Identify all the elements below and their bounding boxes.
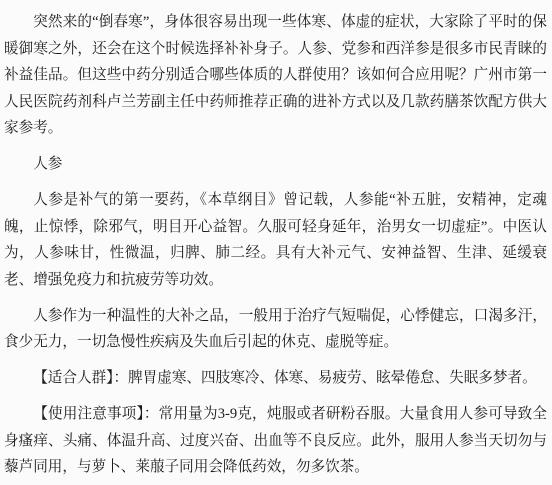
- intro-paragraph: 突然来的“倒春寒”，身体很容易出现一些体寒、体虚的症状，大家除了平时的保暖御寒之…: [4, 9, 547, 142]
- paragraph-usage-precautions: 【使用注意事项】：常用量为3-9克，炖服或者研粉吞服。大量食用人参可导致全身瘙痒…: [4, 401, 547, 481]
- article-page: 突然来的“倒春寒”，身体很容易出现一些体寒、体虚的症状，大家除了平时的保暖御寒之…: [0, 0, 552, 485]
- paragraph-ginseng-benefits: 人参是补气的第一要药，《本草纲目》曾记载，人参能“补五脏，安精神，定魂魄，止惊悸…: [4, 187, 547, 293]
- paragraph-suitable-people: 【适合人群】：脾胃虚寒、四肢寒冷、体寒、易疲劳、眩晕倦怠、失眠多梦者。: [4, 365, 547, 392]
- section-heading-ginseng: 人参: [4, 151, 547, 178]
- paragraph-ginseng-indications: 人参作为一种温性的大补之品，一般用于治疗气短喘促，心悸健忘，口渴多汗，食少无力，…: [4, 303, 547, 356]
